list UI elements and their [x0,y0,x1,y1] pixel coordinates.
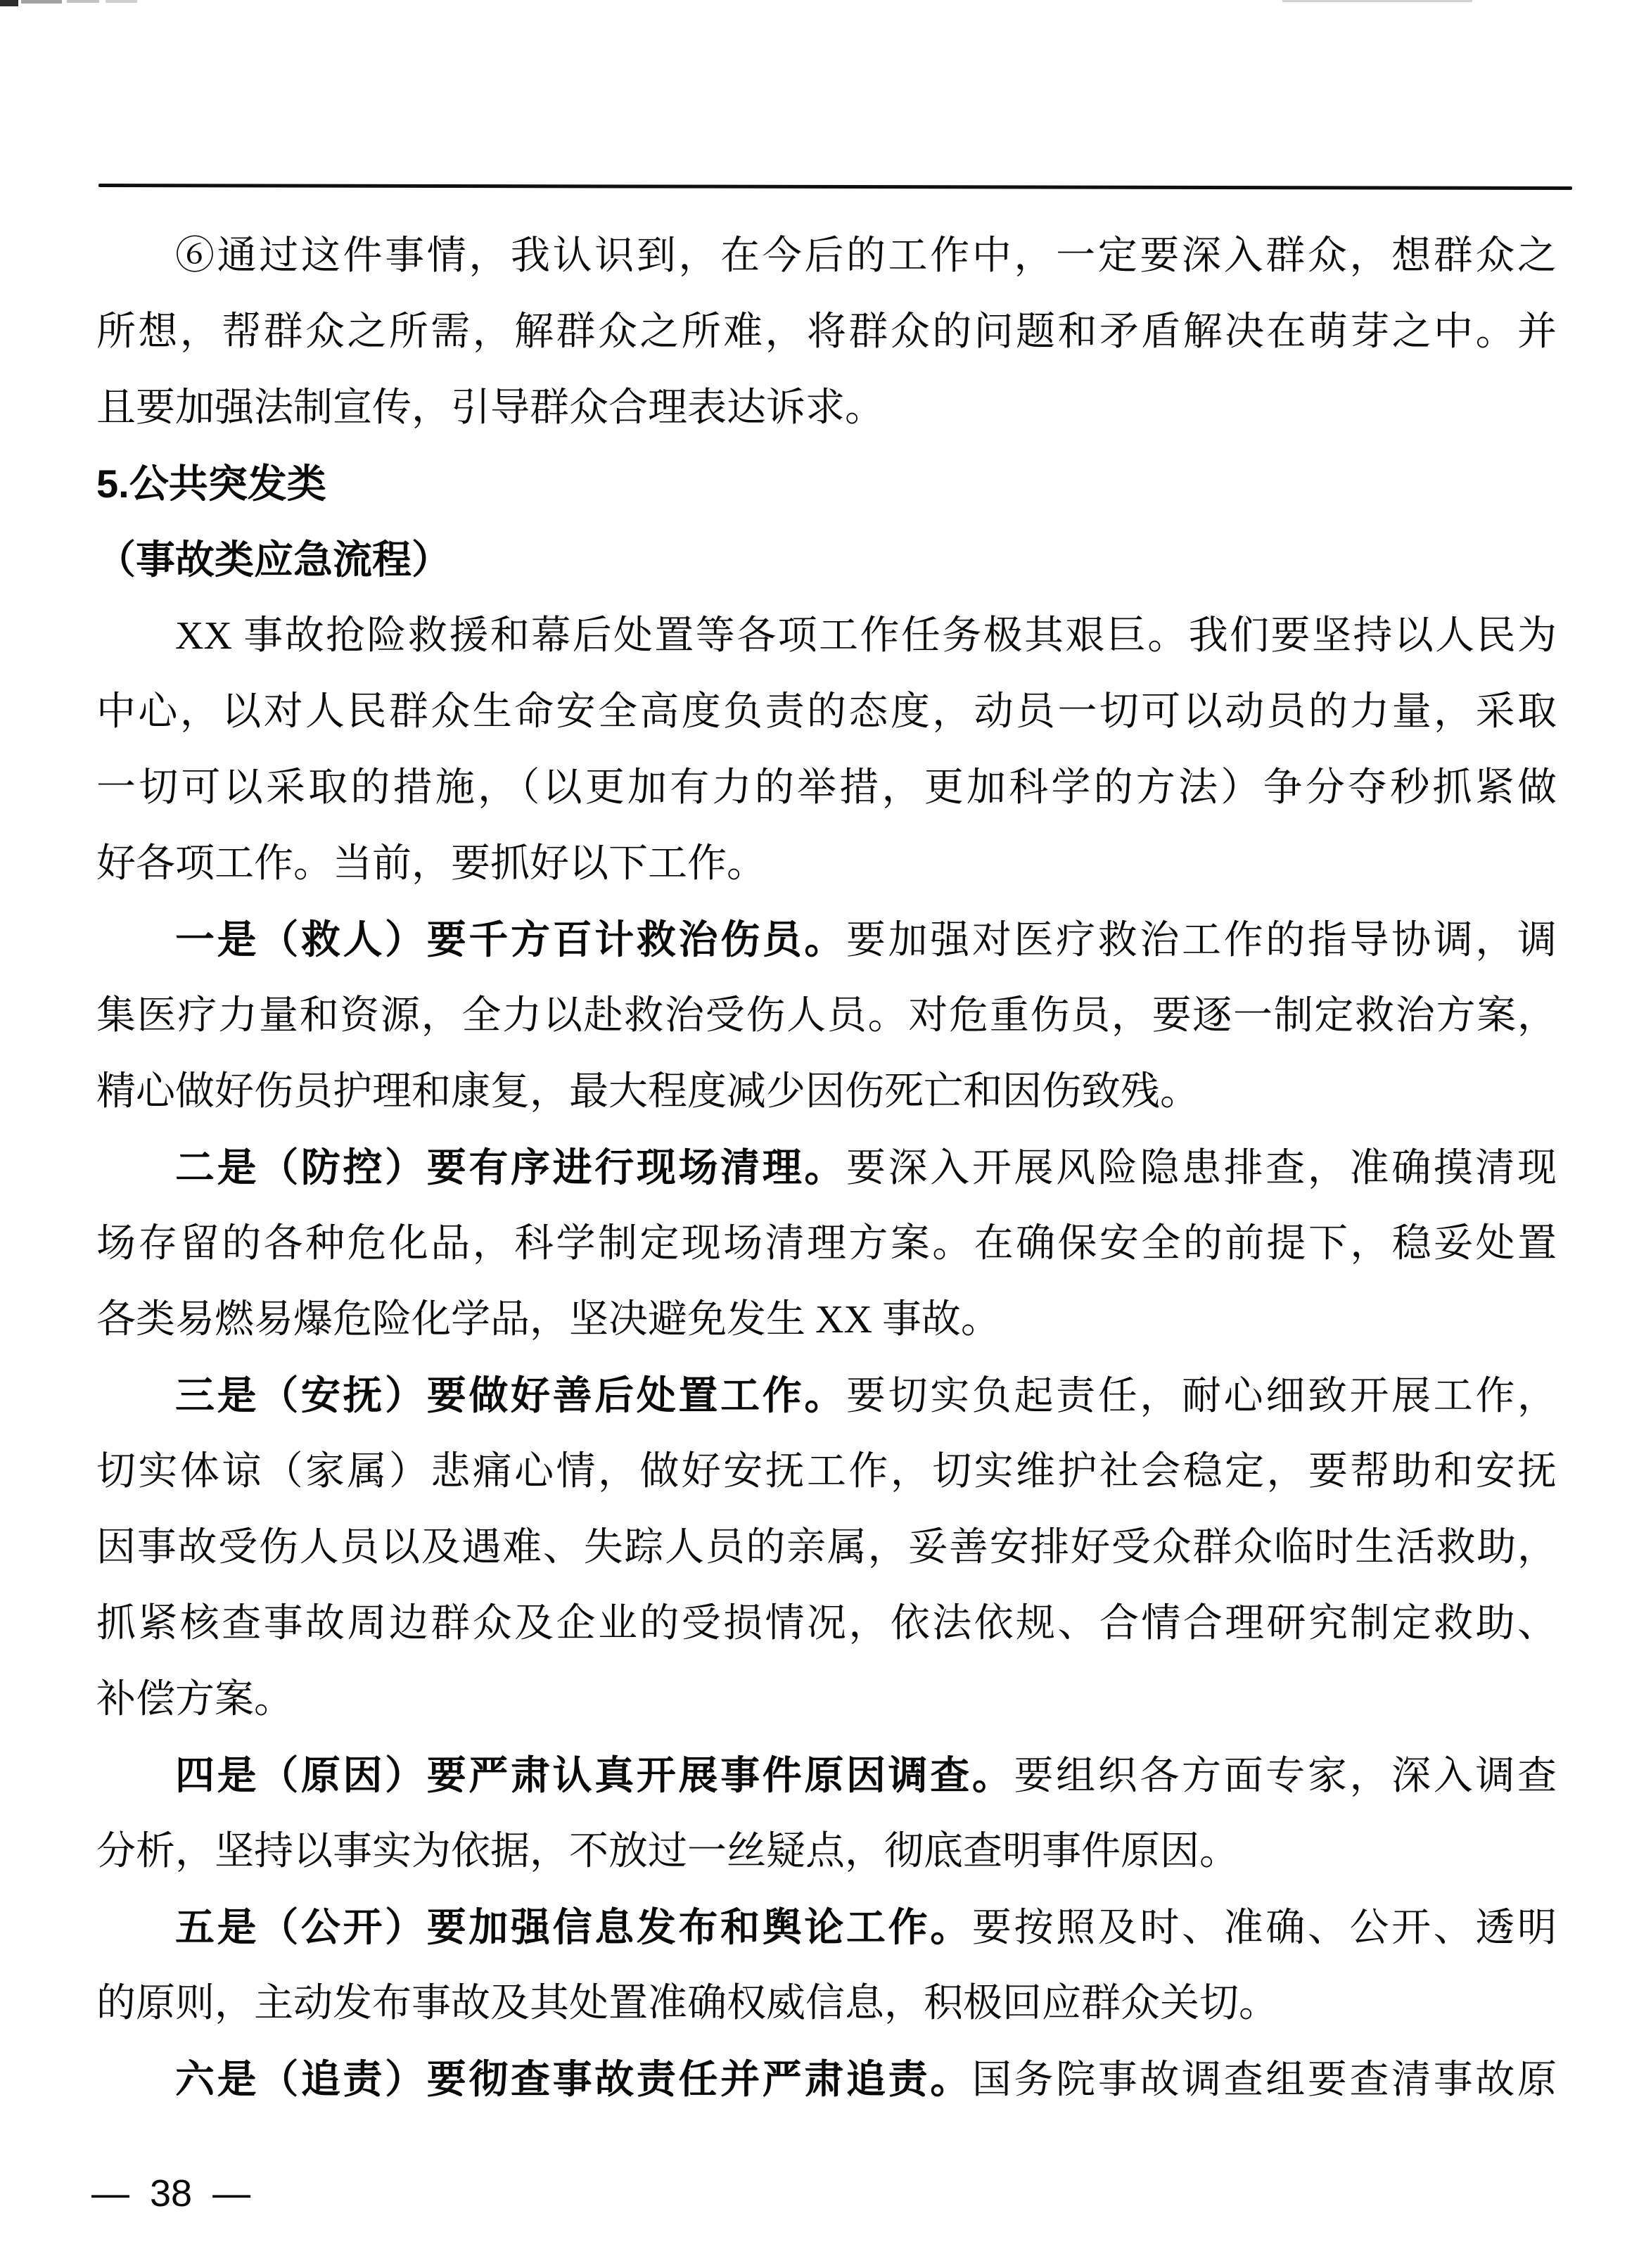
bold-lead-in-text: 四是（原因）要严肃认真开展事件原因调查。 [175,1753,1014,1797]
point-3-line-5: 补偿方案。 [96,1662,1557,1738]
intro-line-1: XX 事故抢险救援和幕后处置等各项工作任务极其艰巨。我们要坚持以人民为 [96,598,1557,674]
scan-artifact [21,0,62,4]
body-text: 要深入开展风险隐患排查，准确摸清现 [846,1147,1557,1190]
intro-line-3: 一切可以采取的措施，（以更加有力的举措，更加科学的方法）争分夺秒抓紧做 [96,750,1557,826]
point-3-line-1: 三是（安抚）要做好善后处置工作。要切实负起责任，耐心细致开展工作， [96,1358,1557,1434]
point-6-line-1: 六是（追责）要彻查事故责任并严肃追责。国务院事故调查组要查清事故原 [96,2041,1557,2117]
body-text: 精心做好伤员护理和康复，最大程度减少因伤死亡和因伤致残。 [96,1070,1199,1114]
body-text: 分析，坚持以事实为依据，不放过一丝疑点，彻底查明事件原因。 [96,1830,1239,1873]
para-6-line-2: 所想，帮群众之所需，解群众之所难，将群众的问题和矛盾解决在萌芽之中。并 [96,294,1557,370]
point-2-line-2: 场存留的各种危化品，科学制定现场清理方案。在确保安全的前提下，稳妥处置 [96,1206,1557,1282]
body-text: XX 事故抢险救援和幕后处置等各项工作任务极其艰巨。我们要坚持以人民为 [175,614,1557,658]
bold-lead-in-text: 二是（防控）要有序进行现场清理。 [175,1145,846,1190]
para-6-line-1: ⑥通过这件事情，我认识到，在今后的工作中，一定要深入群众，想群众之 [96,218,1557,294]
point-5-line-2: 的原则，主动发布事故及其处置准确权威信息，积极回应群众关切。 [96,1966,1557,2041]
body-text: 国务院事故调查组要查清事故原 [972,2058,1557,2102]
intro-line-2: 中心，以对人民群众生命安全高度负责的态度，动员一切可以动员的力量，采取 [96,674,1557,750]
point-1-line-3: 精心做好伤员护理和康复，最大程度减少因伤死亡和因伤致残。 [96,1054,1557,1130]
point-3-line-3: 因事故受伤人员以及遇难、失踪人员的亲属，妥善安排好受众群众临时生活救助， [96,1510,1557,1586]
body-text: 要加强对医疗救治工作的指导协调，调 [846,919,1557,962]
header-rule-line [98,184,1572,190]
point-1-line-1: 一是（救人）要千方百计救治伤员。要加强对医疗救治工作的指导协调，调 [96,902,1557,978]
point-2-line-3: 各类易燃易爆危险化学品，坚决避免发生 XX 事故。 [96,1282,1557,1358]
document-body: ⑥通过这件事情，我认识到，在今后的工作中，一定要深入群众，想群众之所想，帮群众之… [96,218,1557,2117]
bold-lead-in-text: 5.公共突发类 [96,461,326,506]
document-page: ⑥通过这件事情，我认识到，在今后的工作中，一定要深入群众，想群众之所想，帮群众之… [0,0,1639,2268]
point-4-line-1: 四是（原因）要严肃认真开展事件原因调查。要组织各方面专家，深入调查 [96,1738,1557,1814]
body-text: 中心，以对人民群众生命安全高度负责的态度，动员一切可以动员的力量，采取 [96,690,1557,734]
body-text: ⑥通过这件事情，我认识到，在今后的工作中，一定要深入群众，想群众之 [175,234,1557,278]
point-3-line-2: 切实体谅（家属）悲痛心情，做好安抚工作，切实维护社会稳定，要帮助和安抚 [96,1434,1557,1510]
scan-artifact [1282,0,1472,2]
body-text: 要按照及时、准确、公开、透明 [972,1906,1557,1950]
scan-artifact [67,0,99,3]
body-text: 补偿方案。 [96,1678,293,1721]
body-text: 各类易燃易爆危险化学品，坚决避免发生 XX 事故。 [96,1298,1000,1342]
point-4-line-2: 分析，坚持以事实为依据，不放过一丝疑点，彻底查明事件原因。 [96,1814,1557,1890]
bold-lead-in-text: 五是（公开）要加强信息发布和舆论工作。 [175,1905,972,1949]
body-text: 集医疗力量和资源，全力以赴救治受伤人员。对危重伤员，要逐一制定救治方案， [96,994,1557,1038]
body-text: 且要加强法制宣传，引导群众合理表达诉求。 [96,386,884,430]
point-3-line-4: 抓紧核查事故周边群众及企业的受损情况，依法依规、合情合理研究制定救助、 [96,1586,1557,1662]
body-text: 切实体谅（家属）悲痛心情，做好安抚工作，切实维护社会稳定，要帮助和安抚 [96,1450,1557,1493]
body-text: 要切实负起责任，耐心细致开展工作， [846,1375,1557,1418]
bold-lead-in-text: 一是（救人）要千方百计救治伤员。 [175,917,846,962]
body-text: 场存留的各种危化品，科学制定现场清理方案。在确保安全的前提下，稳妥处置 [96,1222,1557,1266]
bold-lead-in-text: 六是（追责）要彻查事故责任并严肃追责。 [175,2057,972,2101]
body-text: 因事故受伤人员以及遇难、失踪人员的亲属，妥善安排好受众群众临时生活救助， [96,1526,1557,1569]
body-text: 抓紧核查事故周边群众及企业的受损情况，依法依规、合情合理研究制定救助、 [96,1602,1557,1645]
point-2-line-1: 二是（防控）要有序进行现场清理。要深入开展风险隐患排查，准确摸清现 [96,1130,1557,1206]
point-5-line-1: 五是（公开）要加强信息发布和舆论工作。要按照及时、准确、公开、透明 [96,1890,1557,1966]
body-text: 的原则，主动发布事故及其处置准确权威信息，积极回应群众关切。 [96,1982,1278,2025]
bold-lead-in-text: （事故类应急流程） [96,537,451,582]
body-text: 一切可以采取的措施，（以更加有力的举措，更加科学的方法）争分夺秒抓紧做 [96,766,1557,810]
subsection-heading-accident-emergency-flow: （事故类应急流程） [96,522,1557,598]
bold-lead-in-text: 三是（安抚）要做好善后处置工作。 [175,1373,846,1417]
para-6-line-3: 且要加强法制宣传，引导群众合理表达诉求。 [96,370,1557,446]
scan-artifact [0,0,18,6]
body-text: 所想，帮群众之所需，解群众之所难，将群众的问题和矛盾解决在萌芽之中。并 [96,310,1557,354]
intro-line-4: 好各项工作。当前，要抓好以下工作。 [96,826,1557,902]
body-text: 要组织各方面专家，深入调查 [1014,1754,1557,1798]
body-text: 好各项工作。当前，要抓好以下工作。 [96,842,766,886]
point-1-line-2: 集医疗力量和资源，全力以赴救治受伤人员。对危重伤员，要逐一制定救治方案， [96,978,1557,1054]
scan-artifact [106,0,137,3]
page-number: — 38 — [91,2172,250,2215]
section-5-heading: 5.公共突发类 [96,446,1557,522]
